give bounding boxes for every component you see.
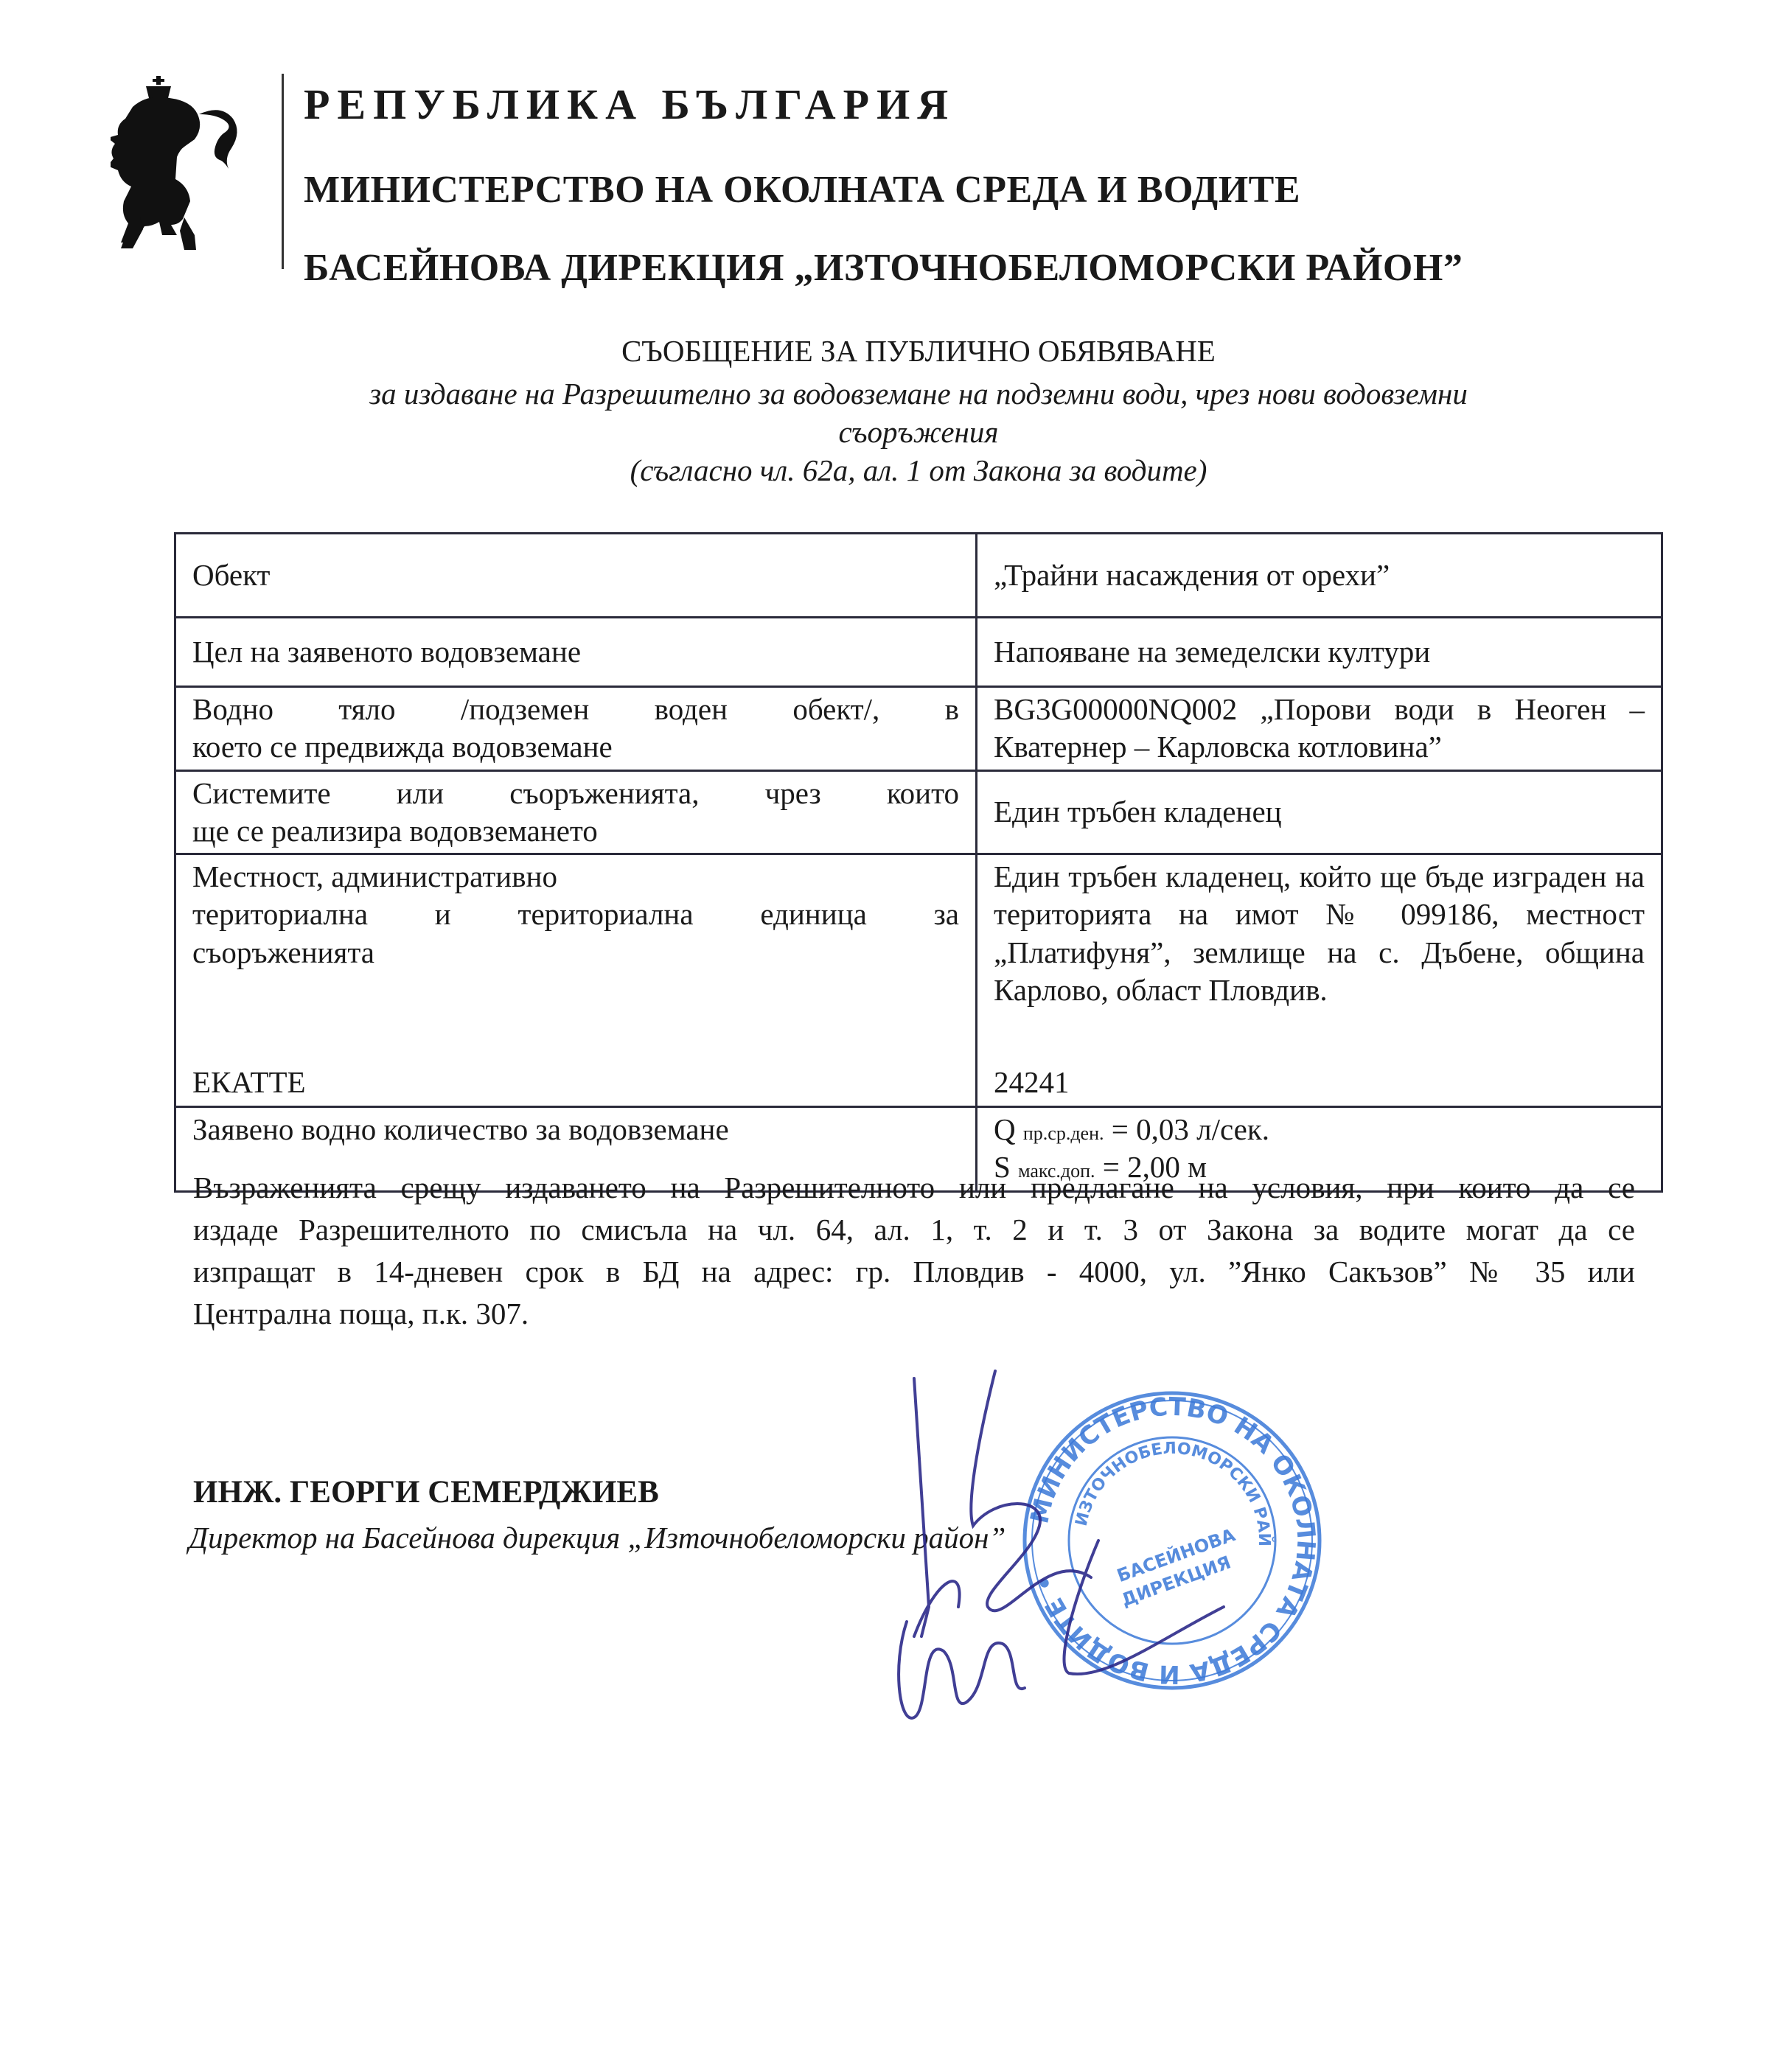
row-value: Един тръбен кладенец <box>977 770 1662 854</box>
signer-name: ИНЖ. ГЕОРГИ СЕМЕРДЖИЕВ <box>193 1474 659 1510</box>
row-label: Цел на заявеното водовземане <box>175 618 977 687</box>
ekatte-label: ЕКАТТЕ <box>192 1064 306 1101</box>
paragraph-line: Централна поща, п.к. 307. <box>193 1293 1635 1335</box>
row-value: Напояване на земеделски култури <box>977 618 1662 687</box>
row-value-line: Кватернер – Карловска котловина” <box>994 728 1645 766</box>
table-row: Местност, административно териториална и… <box>175 854 1662 1107</box>
ekatte-value: 24241 <box>994 1064 1070 1101</box>
row-label-line: което се предвижда водовземане <box>192 728 959 766</box>
directorate-title: БАСЕЙНОВА ДИРЕКЦИЯ „ИЗТОЧНОБЕЛОМОРСКИ РА… <box>304 246 1463 290</box>
row-value-line: BG3G00000NQ002 „Порови води в Неоген – <box>994 691 1645 728</box>
row-label-line: Водно тяло /подземен воден обект/, в <box>192 691 959 728</box>
notice-subtitle-line-2: съоръжения <box>174 414 1663 450</box>
objections-paragraph: Възраженията срещу издаването на Разреши… <box>193 1167 1635 1335</box>
row-label-line: Местност, административно <box>192 858 959 896</box>
row-value: Един тръбен кладенец, който ще бъде изгр… <box>977 854 1662 1107</box>
row-value-line: „Платифуня”, землище на с. Дъбене, общин… <box>994 934 1645 972</box>
handwritten-signature-icon <box>870 1356 1312 1740</box>
table-row: Обект „Трайни насаждения от орехи” <box>175 534 1662 618</box>
country-title: РЕПУБЛИКА БЪЛГАРИЯ <box>304 80 955 129</box>
flow-value: = 0,03 л/сек. <box>1112 1112 1269 1146</box>
permit-details-table: Обект „Трайни насаждения от орехи” Цел н… <box>174 532 1663 1193</box>
row-value-line: територията на имот № 099186, местност <box>994 896 1645 933</box>
row-label-line: Системите или съоръженията, чрез които <box>192 775 959 812</box>
row-label-line: ще се реализира водовземането <box>192 812 959 850</box>
flow-rate-line: Q пр.ср.ден. = 0,03 л/сек. <box>994 1111 1645 1148</box>
notice-title: СЪОБЩЕНИЕ ЗА ПУБЛИЧНО ОБЯВЯВАНЕ <box>174 333 1663 369</box>
row-value: „Трайни насаждения от орехи” <box>977 534 1662 618</box>
row-label: Обект <box>175 534 977 618</box>
table-row: Системите или съоръженията, чрез които щ… <box>175 770 1662 854</box>
row-value: BG3G00000NQ002 „Порови води в Неоген – К… <box>977 687 1662 771</box>
header-divider <box>282 74 284 269</box>
ministry-title: МИНИСТЕРСТВО НА ОКОЛНАТА СРЕДА И ВОДИТЕ <box>304 168 1300 212</box>
paragraph-line: Възраженията срещу издаването на Разреши… <box>193 1167 1635 1209</box>
table-row: Цел на заявеното водовземане Напояване н… <box>175 618 1662 687</box>
notice-legal-basis: (съгласно чл. 62а, ал. 1 от Закона за во… <box>174 453 1663 488</box>
notice-subtitle-line-1: за издаване на Разрешително за водовзема… <box>174 376 1663 411</box>
paragraph-line: издаде Разрешителното по смисъла на чл. … <box>193 1209 1635 1251</box>
row-label-line: съоръженията <box>192 934 959 972</box>
row-label-line: териториална и териториална единица за <box>192 896 959 933</box>
row-value-line: Карлово, област Пловдив. <box>994 972 1645 1009</box>
coat-of-arms-lion-icon <box>111 70 258 262</box>
row-label: Системите или съоръженията, чрез които щ… <box>175 770 977 854</box>
row-label: Водно тяло /подземен воден обект/, в кое… <box>175 687 977 771</box>
row-label: Местност, административно териториална и… <box>175 854 977 1107</box>
paragraph-line: изпращат в 14-дневен срок в БД на адрес:… <box>193 1251 1635 1293</box>
flow-symbol: Q <box>994 1112 1016 1146</box>
flow-subscript: пр.ср.ден. <box>1023 1123 1104 1144</box>
table-row: Водно тяло /подземен воден обект/, в кое… <box>175 687 1662 771</box>
row-value-line: Един тръбен кладенец, който ще бъде изгр… <box>994 858 1645 896</box>
